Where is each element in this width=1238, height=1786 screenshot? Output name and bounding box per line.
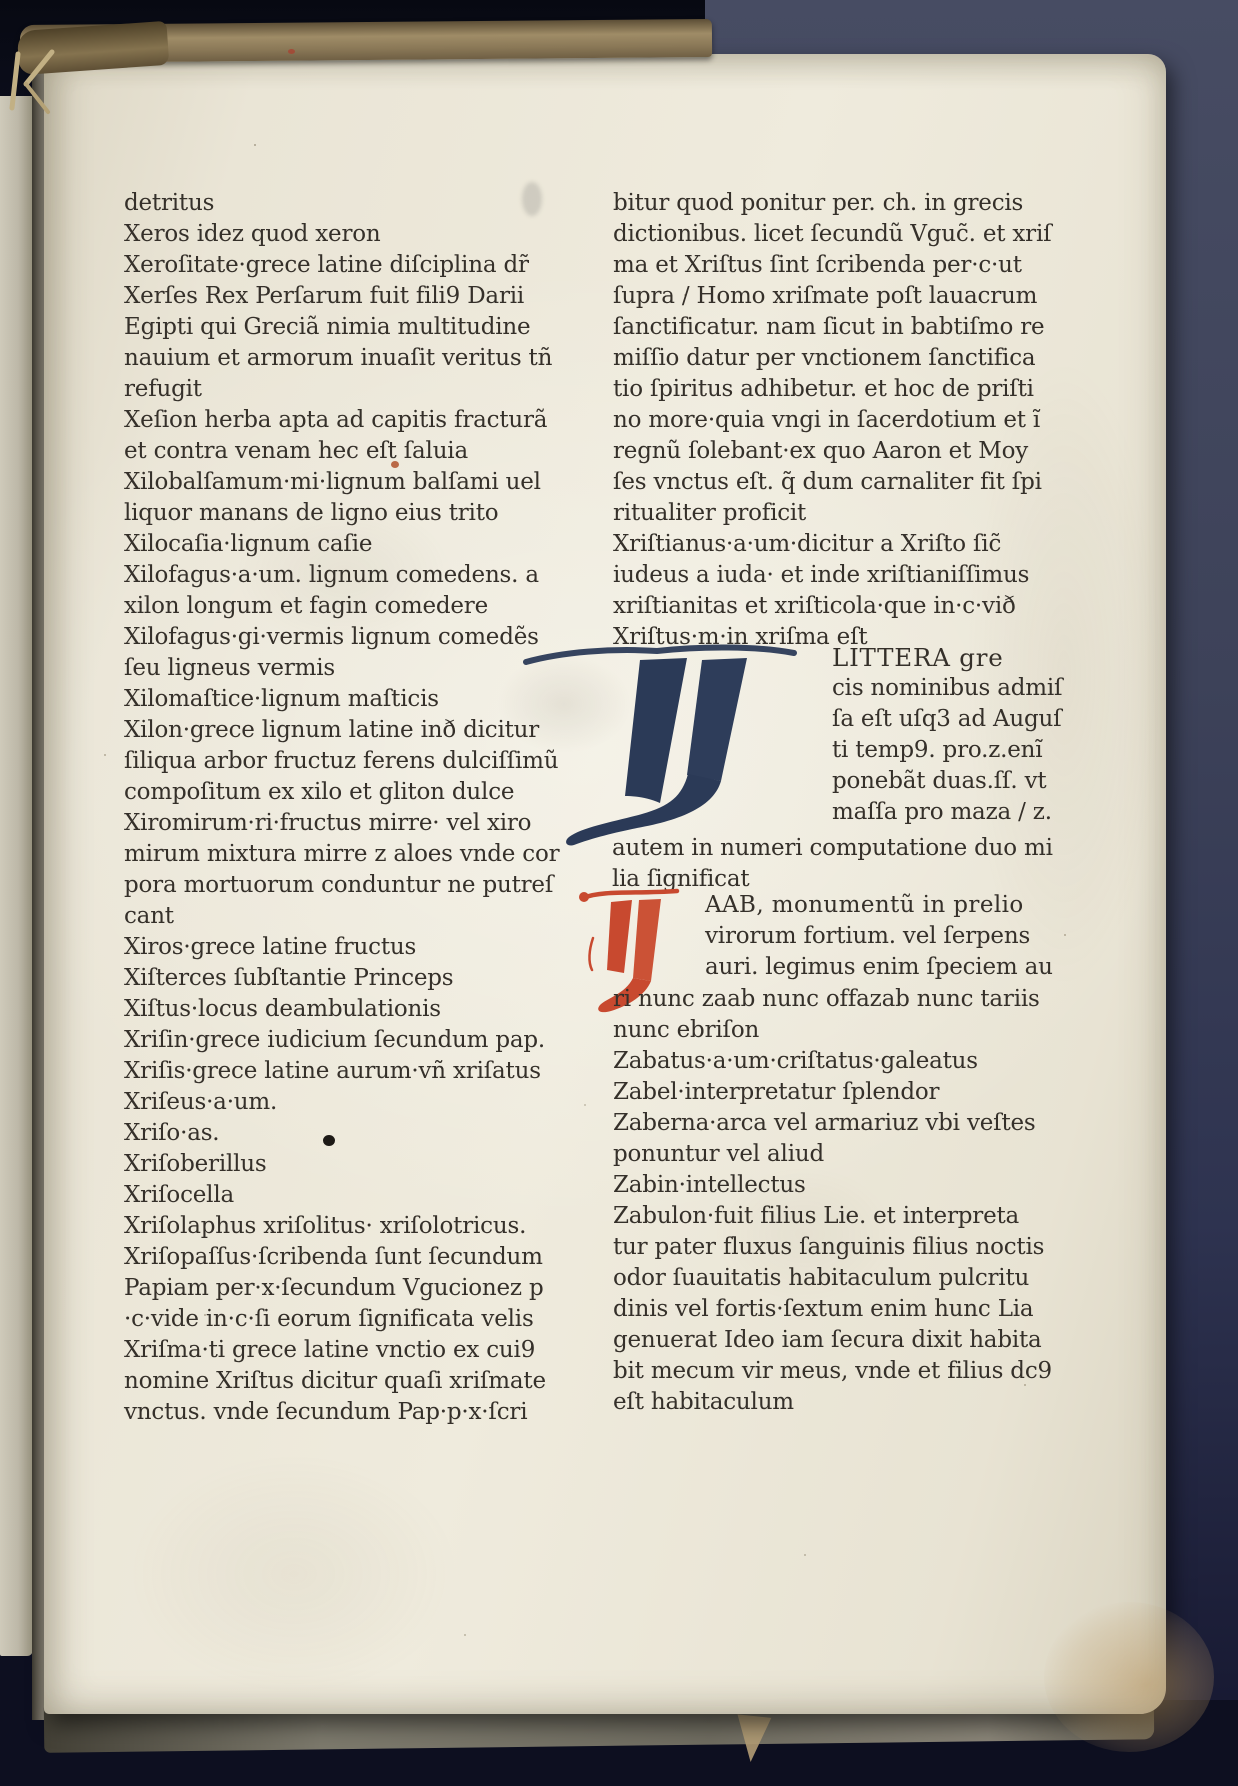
- text-line: Zabin·intellectus: [613, 1170, 1093, 1201]
- text-line: refugit: [124, 374, 624, 405]
- text-line: tur pater fluxus ſanguinis filius noctis: [613, 1232, 1093, 1263]
- text-line: Xriſtianus·a·um·dicitur a Xriſto ſic̃: [613, 529, 1093, 560]
- text-line: ritualiter proficit: [613, 498, 1093, 529]
- text-line: ſes vnctus eſt. q̃ dum carnaliter fit ſp…: [613, 467, 1093, 498]
- text-line: Xriſma·ti grece latine vnctio ex cui9: [124, 1335, 624, 1366]
- quire-thread-drawing: [4, 46, 74, 118]
- text-line: Zabulon·fuit filius Lie. et interpreta: [613, 1201, 1093, 1232]
- text-line: bitur quod ponitur per. ch. in grecis: [613, 188, 1093, 219]
- text-line: dinis vel fortis·ſextum enim hunc Lia: [613, 1294, 1093, 1325]
- text-line: regnũ ſolebant·ex quo Aaron et Moy: [613, 436, 1093, 467]
- text-line: Xiros·grece latine fructus: [124, 932, 624, 963]
- text-line: genuerat Ideo iam ſecura dixit habita: [613, 1325, 1093, 1356]
- text-line: ti temp9. pro.z.enĩ: [832, 735, 1162, 766]
- text-line: dictionibus. licet ſecundũ Vguc̃. et xri…: [613, 219, 1093, 250]
- text-line: cant: [124, 901, 624, 932]
- text-line: liquor manans de ligno eius trito: [124, 498, 624, 529]
- text-line: tio ſpiritus adhibetur. et hoc de priſti: [613, 374, 1093, 405]
- text-line: Xriſeus·a·um.: [124, 1087, 624, 1118]
- text-line: Xriſocella: [124, 1180, 624, 1211]
- text-line: ponuntur vel aliud: [613, 1139, 1093, 1170]
- text-line: odor ſuauitatis habitaculum pulcritu: [613, 1263, 1093, 1294]
- text-line: Xerſes Rex Perſarum fuit fili9 Darii: [124, 281, 624, 312]
- text-line: bit mecum vir meus, vnde et filius dc9: [613, 1356, 1093, 1387]
- text-line: et contra venam hec eſt ſaluia: [124, 436, 624, 467]
- text-line: detritus: [124, 188, 624, 219]
- text-line: ponebãt duas.ſſ. vt: [832, 766, 1162, 797]
- text-line: vnctus. vnde ſecundum Pap·p·x·ſcri: [124, 1397, 624, 1428]
- text-line: pora mortuorum conduntur ne putreſ: [124, 870, 624, 901]
- text-line: Xeſion herba apta ad capitis fracturã: [124, 405, 624, 436]
- text-line: ri nunc zaab nunc offazab nunc tariis: [613, 984, 1093, 1015]
- book-photo-canvas: { "document": { "kind": "incunable dicti…: [0, 0, 1238, 1786]
- text-line: Xriſopaſſus·ſcribenda ſunt ſecundum: [124, 1242, 624, 1273]
- facing-leaf-edge: [0, 96, 33, 1656]
- text-line: xriſtianitas et xriſticola·que in·c·við: [613, 591, 1093, 622]
- text-line: Xriſin·grece iudicium ſecundum pap.: [124, 1025, 624, 1056]
- right-text-wrap-red-z: AAB, monumentũ in preliovirorum fortium.…: [705, 890, 1105, 983]
- text-line: Xeroſitate·grece latine diſciplina dr̃: [124, 250, 624, 281]
- text-line: Xriſolaphus xriſolitus· xriſolotricus.: [124, 1211, 624, 1242]
- text-line: ſupra / Homo xriſmate poſt lauacrum: [613, 281, 1093, 312]
- red-speck: [288, 49, 295, 54]
- leaf-corner-wedge: [733, 1714, 772, 1763]
- text-line: AAB, monumentũ in prelio: [705, 890, 1105, 921]
- text-line: iudeus a iuda· et inde xriſtianiſſimus: [613, 560, 1093, 591]
- text-line: Xriſis·grece latine aurum·vñ xriſatus: [124, 1056, 624, 1087]
- page: detritusXeros idez quod xeronXeroſitate·…: [44, 54, 1166, 1714]
- text-line: nauium et armorum inuaſit veritus tñ: [124, 343, 624, 374]
- text-line: cis nominibus admiſ: [832, 673, 1162, 704]
- text-line: Xiſtus·locus deambulationis: [124, 994, 624, 1025]
- text-line: Xriſoberillus: [124, 1149, 624, 1180]
- text-line: virorum fortium. vel ſerpens: [705, 921, 1105, 952]
- text-line: Zabel·interpretatur ſplendor: [613, 1077, 1093, 1108]
- text-line: nunc ebriſon: [613, 1015, 1093, 1046]
- text-line: Xilofagus·a·um. lignum comedens. a: [124, 560, 624, 591]
- right-text-bottom: ri nunc zaab nunc offazab nunc tariisnun…: [613, 984, 1093, 1418]
- right-text-column-top: bitur quod ponitur per. ch. in grecisdic…: [613, 188, 1093, 653]
- text-line: Egipti qui Greciã nimia multitudine: [124, 312, 624, 343]
- text-line: no more·quia vngi in ſacerdotium et ĩ: [613, 405, 1093, 436]
- text-line: nomine Xriſtus dicitur quaſi xriſmate: [124, 1366, 624, 1397]
- text-line: auri. legimus enim ſpeciem au: [705, 952, 1105, 983]
- right-text-wrap-blue-z: LITTERA grecis nominibus admiſſa eſt uſq…: [832, 642, 1162, 828]
- text-line: Xilobalſamum·mi·lignum balſami uel: [124, 467, 624, 498]
- text-line: Xiſterces ſubſtantie Princeps: [124, 963, 624, 994]
- text-line: LITTERA gre: [832, 642, 1162, 673]
- text-line: Xriſo·as.: [124, 1118, 624, 1149]
- text-line: Zaberna·arca vel armariuz vbi veſtes: [613, 1108, 1093, 1139]
- text-line: ·c·vide in·c·ſi eorum ſignificata velis: [124, 1304, 624, 1335]
- text-line: ſa eſt uſq3 ad Auguſ: [832, 704, 1162, 735]
- text-line: Zabatus·a·um·criſtatus·galeatus: [613, 1046, 1093, 1077]
- text-line: Xilocaſia·lignum caſie: [124, 529, 624, 560]
- text-line: ma et Xriſtus ſint ſcribenda per·c·ut: [613, 250, 1093, 281]
- text-line: eſt habitaculum: [613, 1387, 1093, 1418]
- text-line: xilon longum et fagin comedere: [124, 591, 624, 622]
- text-line: Xeros idez quod xeron: [124, 219, 624, 250]
- text-line: ſanctificatur. nam ſicut in babtiſmo re: [613, 312, 1093, 343]
- quire-thread: [4, 46, 74, 122]
- text-line: autem in numeri computatione duo mi: [612, 833, 1092, 864]
- text-line: maſſa pro maza / z.: [832, 797, 1162, 828]
- text-line: miſſio datur per vnctionem ſanctifica: [613, 343, 1093, 374]
- text-line: Papiam per·x·ſecundum Vgucionez p: [124, 1273, 624, 1304]
